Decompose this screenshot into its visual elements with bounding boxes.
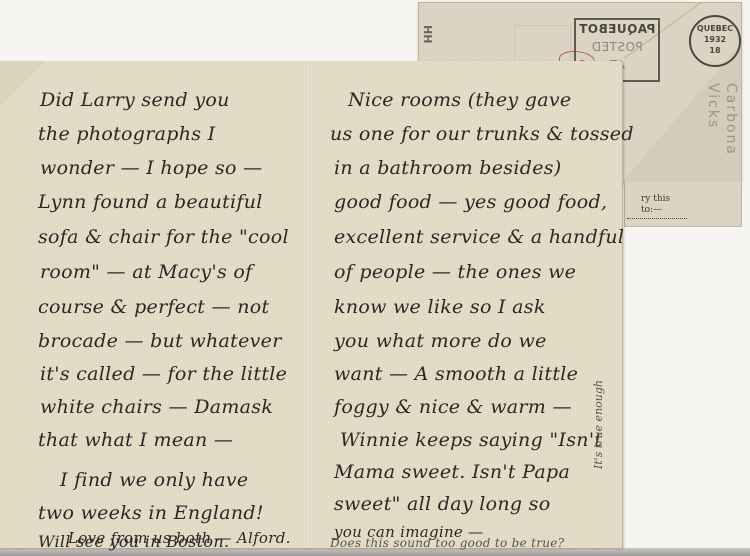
handwritten-line: you what more do we (334, 330, 547, 352)
handwritten-line: want — A smooth a little (334, 363, 578, 385)
envelope-form-area: ry this to:— (624, 182, 742, 227)
handwritten-line: Winnie keeps saying "Isn't (340, 429, 602, 451)
postmark-line: PAQUEBOT (576, 20, 658, 38)
pencil-annotation: Carbona Vicks (704, 83, 740, 183)
handwritten-line: of people — the ones we (334, 261, 576, 283)
handwritten-line: I find we only have (60, 469, 248, 491)
form-line: ry this (627, 194, 670, 205)
handwritten-line: foggy & nice & warm — (334, 396, 572, 418)
handwritten-line: room" — at Macy's of (40, 261, 252, 283)
sideways-margin-note: It's true enough (592, 380, 605, 469)
letter-sheet: Did Larry send you the photographs I won… (0, 61, 623, 548)
handwritten-line: in a bathroom besides) (334, 157, 562, 179)
handwritten-line: sweet" all day long so (334, 493, 550, 515)
round-postmark: QUEBEC 1932 18 (689, 15, 741, 67)
handwritten-line: white chairs — Damask (40, 396, 273, 418)
partial-stamp: HH (421, 25, 434, 43)
handwritten-line: wonder — I hope so — (40, 157, 262, 179)
left-page-signature: Love from us both — Alford. (68, 529, 291, 547)
handwritten-line: good food — yes good food, (334, 191, 607, 213)
handwritten-line: sofa & chair for the "cool (38, 226, 289, 248)
handwritten-line: excellent service & a handful (334, 226, 624, 248)
handwritten-line: two weeks in England! (38, 502, 264, 524)
handwritten-line: it's called — for the little (40, 363, 287, 385)
form-printed-text: ry this to:— (625, 194, 670, 216)
letter-left-page: Did Larry send you the photographs I won… (0, 61, 307, 548)
postmark-line: POSTED (576, 38, 658, 56)
postmark-city: QUEBEC (691, 23, 739, 34)
handwritten-line: course & perfect — not (38, 296, 269, 318)
postscript-line: Does this sound too good to be true? (330, 536, 564, 550)
handwritten-line: Lynn found a beautiful (38, 191, 263, 213)
handwritten-line: Nice rooms (they gave (348, 89, 571, 111)
pencil-line: Carbona (723, 83, 739, 156)
form-line: to:— (627, 205, 670, 216)
handwritten-line: us one for our trunks & tossed (330, 123, 634, 145)
handwritten-line: brocade — but whatever (38, 330, 282, 352)
postmark-number: 18 (691, 45, 739, 56)
handwritten-line: Did Larry send you (40, 89, 230, 111)
handwritten-line: the photographs I (38, 123, 215, 145)
handwritten-line: know we like so I ask (334, 296, 546, 318)
pencil-line: Vicks (705, 83, 721, 129)
letter-right-page: Nice rooms (they gave us one for our tru… (310, 61, 622, 548)
form-dotted-line (627, 218, 687, 219)
handwritten-line: that what I mean — (38, 429, 233, 451)
handwritten-line: Mama sweet. Isn't Papa (334, 461, 570, 483)
postmark-year: 1932 (691, 34, 739, 45)
